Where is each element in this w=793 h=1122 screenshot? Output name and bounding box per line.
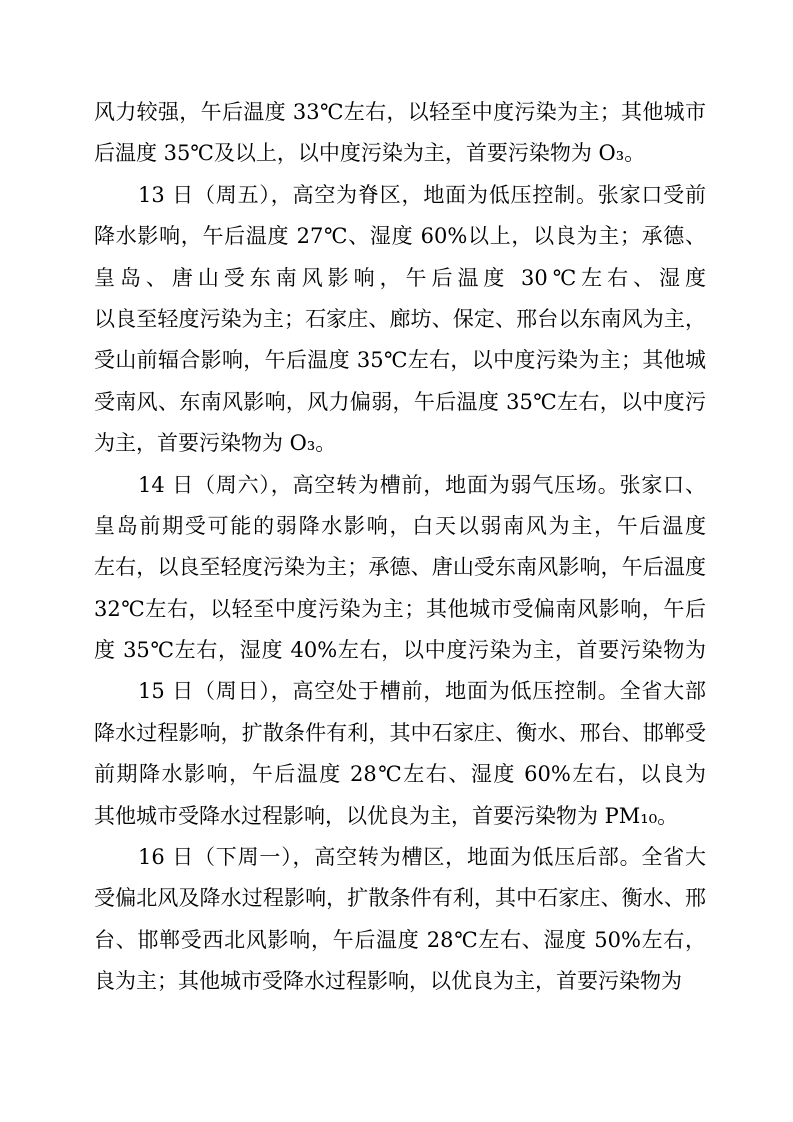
text-line: 后温度 35℃及以上，以中度污染为主，首要污染物为 O₃。 <box>94 133 706 174</box>
text-line: 台、邯郸受西北风影响，午后温度 28℃左右、湿度 50%左右，以 <box>94 920 706 961</box>
text-line: 16 日（下周一），高空转为槽区，地面为低压后部。全省大部 <box>94 837 706 878</box>
paragraph: 风力较强，午后温度 33℃左右，以轻至中度污染为主；其他城市午后温度 35℃及以… <box>94 92 706 175</box>
text-line: 受南风、东南风影响，风力偏弱，午后温度 35℃左右，以中度污染 <box>94 382 706 423</box>
text-line: 降水过程影响，扩散条件有利，其中石家庄、衡水、邢台、邯郸受 <box>94 713 706 754</box>
paragraph: 15 日（周日），高空处于槽前，地面为低压控制。全省大部受降水过程影响，扩散条件… <box>94 671 706 837</box>
text-line: 前期降水影响，午后温度 28℃左右、湿度 60%左右，以良为主； <box>94 754 706 795</box>
paragraph: 13 日（周五），高空为脊区，地面为低压控制。张家口受前期降水影响，午后温度 2… <box>94 175 706 465</box>
document-page: 风力较强，午后温度 33℃左右，以轻至中度污染为主；其他城市午后温度 35℃及以… <box>0 0 793 1122</box>
text-line: 受山前辐合影响，午后温度 35℃左右，以中度污染为主；其他城市 <box>94 340 706 381</box>
text-line: 为主，首要污染物为 O₃。 <box>94 423 706 464</box>
text-line: 其他城市受降水过程影响，以优良为主，首要污染物为 PM₁₀。 <box>94 796 706 837</box>
paragraph: 14 日（周六），高空转为槽前，地面为弱气压场。张家口、秦皇岛前期受可能的弱降水… <box>94 465 706 672</box>
document-body: 风力较强，午后温度 33℃左右，以轻至中度污染为主；其他城市午后温度 35℃及以… <box>94 92 706 1003</box>
text-line: 32℃左右，以轻至中度污染为主；其他城市受偏南风影响，午后温 <box>94 589 706 630</box>
text-line: 风力较强，午后温度 33℃左右，以轻至中度污染为主；其他城市午 <box>94 92 706 133</box>
paragraph: 16 日（下周一），高空转为槽区，地面为低压后部。全省大部受偏北风及降水过程影响… <box>94 837 706 1003</box>
text-line: 左右，以良至轻度污染为主；承德、唐山受东南风影响，午后温度 <box>94 547 706 588</box>
text-line: 以良至轻度污染为主；石家庄、廊坊、保定、邢台以东南风为主， <box>94 299 706 340</box>
text-line: 15 日（周日），高空处于槽前，地面为低压控制。全省大部受 <box>94 671 706 712</box>
text-line: 皇岛前期受可能的弱降水影响，白天以弱南风为主，午后温度 30℃ <box>94 506 706 547</box>
text-line: 皇岛、唐山受东南风影响，午后温度 30℃左右、湿度 30%-40%， <box>94 258 706 299</box>
text-line: 13 日（周五），高空为脊区，地面为低压控制。张家口受前期 <box>94 175 706 216</box>
text-line: 14 日（周六），高空转为槽前，地面为弱气压场。张家口、秦 <box>94 465 706 506</box>
text-line: 良为主；其他城市受降水过程影响，以优良为主，首要污染物为 <box>94 961 706 1002</box>
text-line: 受偏北风及降水过程影响，扩散条件有利，其中石家庄、衡水、邢 <box>94 878 706 919</box>
text-line: 降水影响，午后温度 27℃、湿度 60%以上，以良为主；承德、秦 <box>94 216 706 257</box>
text-line: 度 35℃左右，湿度 40%左右，以中度污染为主，首要污染物为 O₃。 <box>94 630 706 671</box>
